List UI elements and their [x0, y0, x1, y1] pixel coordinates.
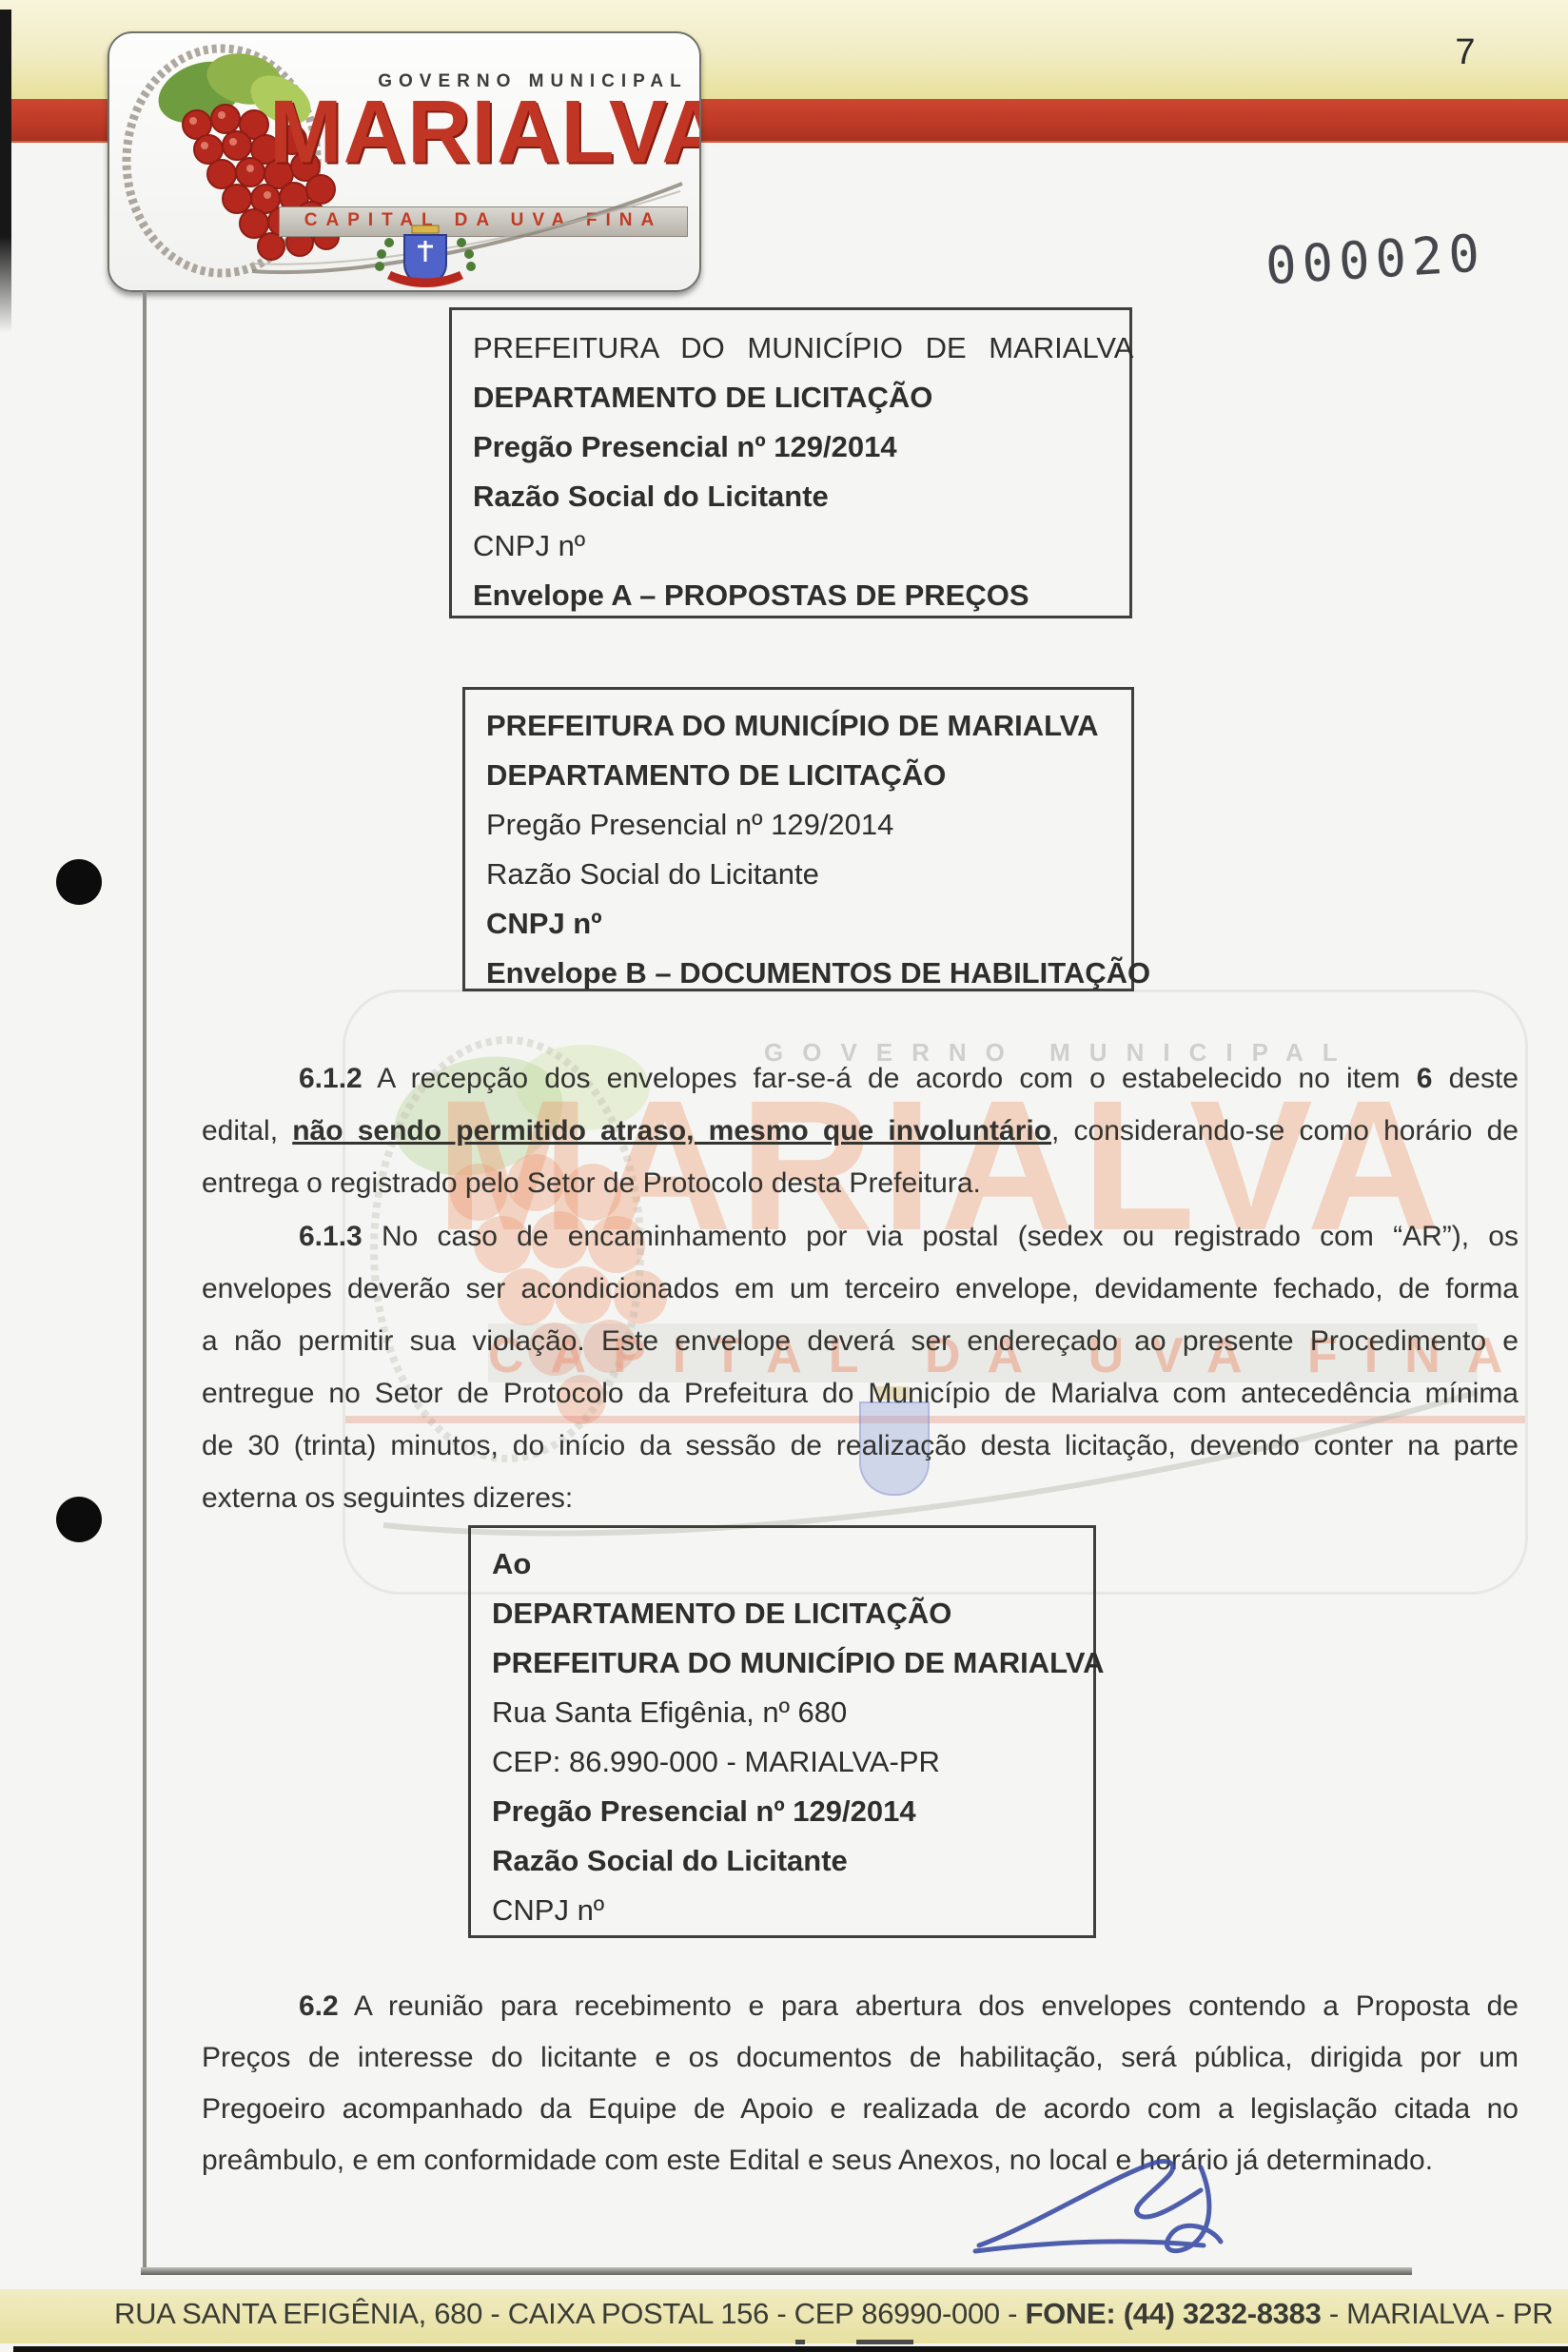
box-line: Ao	[471, 1539, 1093, 1589]
box-line: PREFEITURA DO MUNICÍPIO DE MARIALVA	[471, 1638, 1093, 1688]
box-line: CNPJ nº	[452, 521, 1129, 571]
box-line: Razão Social do Licitante	[452, 472, 1129, 521]
margin-vertical-rule	[143, 291, 147, 2274]
paragraph-line: externa os seguintes dizeres:	[202, 1472, 1519, 1524]
envelope-b-box: PREFEITURA DO MUNICÍPIO DE MARIALVA DEPA…	[462, 687, 1134, 991]
signature	[966, 2152, 1261, 2262]
box-line: Pregão Presencial nº 129/2014	[465, 800, 1131, 850]
clause-6-1-3: 6.1.3 No caso de encaminhamento por via …	[202, 1210, 1519, 1524]
box-line: PREFEITURA DO MUNICÍPIO DE MARIALVA	[465, 701, 1131, 751]
box-line: CEP: 86.990-000 - MARIALVA-PR	[471, 1737, 1093, 1787]
envelope-a-box: PREFEITURA DO MUNICÍPIO DE MARIALVA DEPA…	[449, 307, 1132, 618]
scan-mark	[795, 2340, 805, 2344]
box-line: Pregão Presencial nº 129/2014	[452, 422, 1129, 472]
paragraph-line: a não permitir sua violação. Este envelo…	[202, 1315, 1519, 1367]
box-line: DEPARTAMENTO DE LICITAÇÃO	[465, 751, 1131, 800]
footer-address: RUA SANTA EFIGÊNIA, 680 - CAIXA POSTAL 1…	[114, 2297, 1484, 2331]
box-line: Envelope B – DOCUMENTOS DE HABILITAÇÃO	[465, 949, 1131, 998]
page-number: 7	[1427, 32, 1503, 73]
paragraph-line: edital, não sendo permitido atraso, mesm…	[202, 1105, 1519, 1157]
scan-mark	[856, 2340, 913, 2344]
hole-punch-dot	[56, 859, 102, 905]
box-line: DEPARTAMENTO DE LICITAÇÃO	[471, 1589, 1093, 1638]
municipal-logo: GOVERNO MUNICIPAL MARIALVA CAPITAL DA UV…	[108, 31, 701, 292]
coat-of-arms-icon	[368, 224, 482, 290]
paragraph-line: Pregoeiro acompanhado da Equipe de Apoio…	[202, 2084, 1519, 2135]
scan-bottom-bar	[13, 2346, 1568, 2352]
paragraph-line: entregue no Setor de Protocolo da Prefei…	[202, 1367, 1519, 1420]
box-line: CNPJ nº	[471, 1886, 1093, 1935]
content-bottom-rule	[141, 2267, 1412, 2275]
box-line: Rua Santa Efigênia, nº 680	[471, 1688, 1093, 1737]
paragraph-line: 6.2 A reunião para recebimento e para ab…	[202, 1981, 1519, 2032]
box-line: CNPJ nº	[465, 899, 1131, 949]
box-line: Envelope A – PROPOSTAS DE PREÇOS	[452, 571, 1129, 620]
paragraph-line: 6.1.2 A recepção dos envelopes far-se-á …	[202, 1052, 1519, 1105]
paragraph-line: envelopes deverão ser acondicionados em …	[202, 1263, 1519, 1315]
box-line: Razão Social do Licitante	[465, 850, 1131, 899]
paragraph-line: de 30 (trinta) minutos, do início da ses…	[202, 1420, 1519, 1472]
paragraph-line: 6.1.3 No caso de encaminhamento por via …	[202, 1210, 1519, 1263]
paragraph-line: Preços de interesse do licitante e os do…	[202, 2032, 1519, 2084]
paragraph-line: entrega o registrado pelo Setor de Proto…	[202, 1157, 1519, 1209]
hole-punch-dot	[56, 1497, 102, 1542]
box-line: Pregão Presencial nº 129/2014	[471, 1787, 1093, 1836]
box-line: DEPARTAMENTO DE LICITAÇÃO	[452, 373, 1129, 422]
paragraph-line: preâmbulo, e em conformidade com este Ed…	[202, 2135, 1519, 2186]
scan-edge-artifact	[0, 10, 11, 333]
clause-6-1-2: 6.1.2 A recepção dos envelopes far-se-á …	[202, 1052, 1519, 1209]
box-line: PREFEITURA DO MUNICÍPIO DE MARIALVA	[452, 323, 1129, 373]
stamp-number: 000020	[1264, 225, 1466, 297]
address-box: Ao DEPARTAMENTO DE LICITAÇÃO PREFEITURA …	[468, 1525, 1096, 1938]
box-line: Razão Social do Licitante	[471, 1836, 1093, 1886]
clause-6-2: 6.2 A reunião para recebimento e para ab…	[202, 1981, 1519, 2186]
